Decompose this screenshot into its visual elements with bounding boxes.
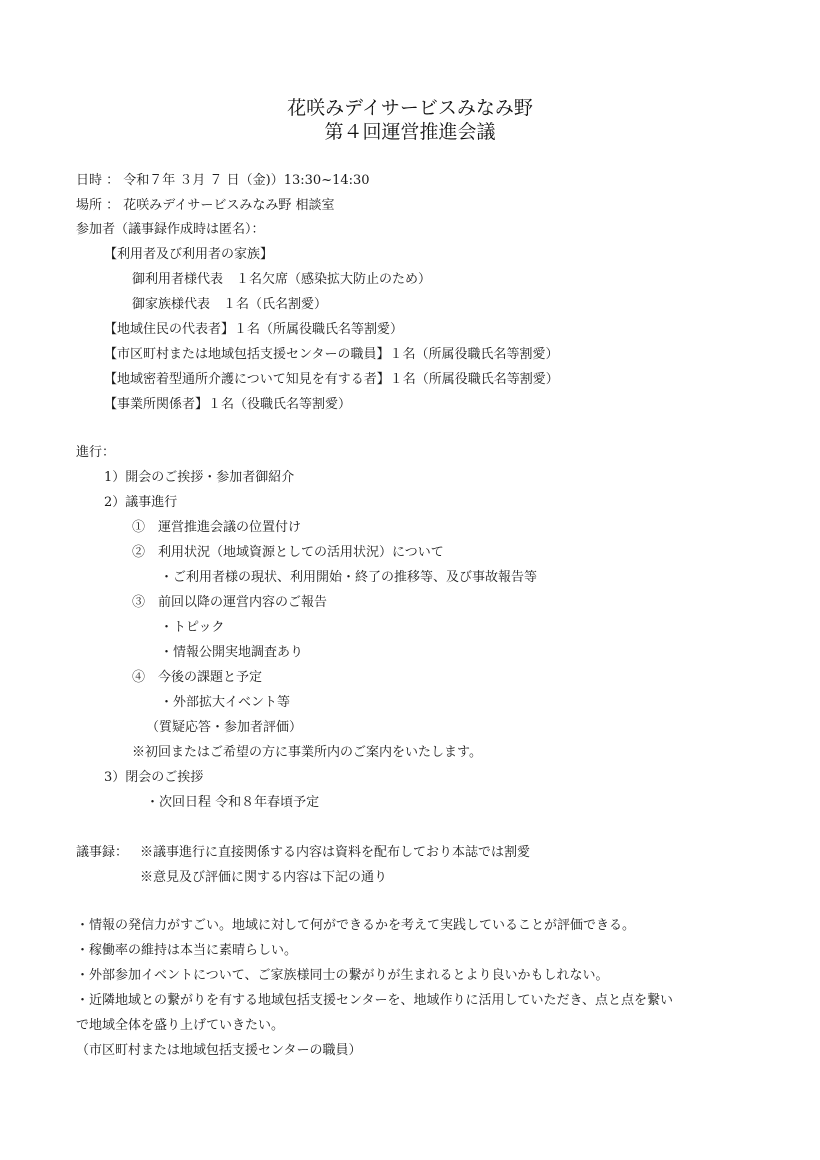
agenda-bullet: ・ご利用者様の現状、利用開始・終了の推移等、及び事故報告等 (160, 570, 537, 586)
comment-continuation: で地域全体を盛り上げていきたい。 (76, 1018, 284, 1034)
participant-group: 【利用者及び利用者の家族】 (104, 247, 273, 263)
agenda-item: 2）議事進行 (104, 495, 177, 511)
comment-item: ・情報の発信力がすごい。地域に対して何ができるかを考えて実践していることが評価で… (76, 918, 635, 934)
agenda-bullet: ・外部拡大イベント等 (160, 695, 290, 711)
document-subtitle: 第４回運営推進会議 (0, 120, 820, 144)
participant-group: 【地域住民の代表者】１名（所属役職氏名等割愛） (104, 322, 403, 338)
agenda-label: 進行： (76, 445, 115, 461)
minutes-label: 議事録： (76, 845, 128, 861)
comment-attribution: （市区町村または地域包括支援センターの職員） (76, 1043, 361, 1059)
participant-item: 御利用者様代表 １名欠席（感染拡大防止のため） (132, 272, 431, 288)
document-page: 花咲みデイサービスみなみ野 第４回運営推進会議 日時 ： 令和７年 ３月 ７ 日… (0, 0, 820, 1160)
agenda-note: ※初回またはご希望の方に事業所内のご案内をいたします。 (132, 745, 482, 761)
agenda-subitem: ② 利用状況（地域資源としての活用状況）について (132, 545, 444, 561)
agenda-bullet: ・トピック (160, 620, 224, 636)
agenda-subitem: ① 運営推進会議の位置付け (132, 520, 301, 536)
participant-group: 【市区町村または地域包括支援センターの職員】１名（所属役職氏名等割愛） (104, 347, 558, 363)
meeting-datetime: 日時 ： 令和７年 ３月 ７ 日（金)）13:30~14:30 (76, 173, 370, 189)
participant-group: 【事業所関係者】１名（役職氏名等割愛） (104, 397, 351, 413)
minutes-note: ※議事進行に直接関係する内容は資料を配布しており本誌では割愛 (140, 845, 530, 861)
participants-label: 参加者（議事録作成時は匿名）： (76, 222, 265, 238)
meeting-place: 場所 ： 花咲みデイサービスみなみ野 相談室 (76, 198, 335, 214)
agenda-subitem: ④ 今後の課題と予定 (132, 670, 262, 686)
minutes-note: ※意見及び評価に関する内容は下記の通り (140, 870, 387, 886)
comment-item: ・外部参加イベントについて、ご家族様同士の繋がりが生まれるとより良いかもしれない… (76, 968, 608, 984)
document-title: 花咲みデイサービスみなみ野 (0, 96, 820, 120)
agenda-note: （質疑応答・参加者評価） (146, 720, 302, 736)
comment-item: ・稼働率の維持は本当に素晴らしい。 (76, 943, 297, 959)
agenda-bullet: ・次回日程 令和８年春頃予定 (146, 795, 319, 811)
comment-item: ・近隣地域との繋がりを有する地域包括支援センターを、地域作りに活用していただき、… (76, 993, 673, 1009)
agenda-bullet: ・情報公開実地調査あり (160, 645, 303, 661)
agenda-subitem: ③ 前回以降の運営内容のご報告 (132, 595, 327, 611)
participant-item: 御家族様代表 １名（氏名割愛） (132, 297, 327, 313)
agenda-item: 3）閉会のご挨拶 (104, 770, 203, 786)
participant-group: 【地域密着型通所介護について知見を有する者】１名（所属役職氏名等割愛） (104, 372, 559, 388)
agenda-item: 1）開会のご挨拶・参加者御紹介 (104, 470, 294, 486)
